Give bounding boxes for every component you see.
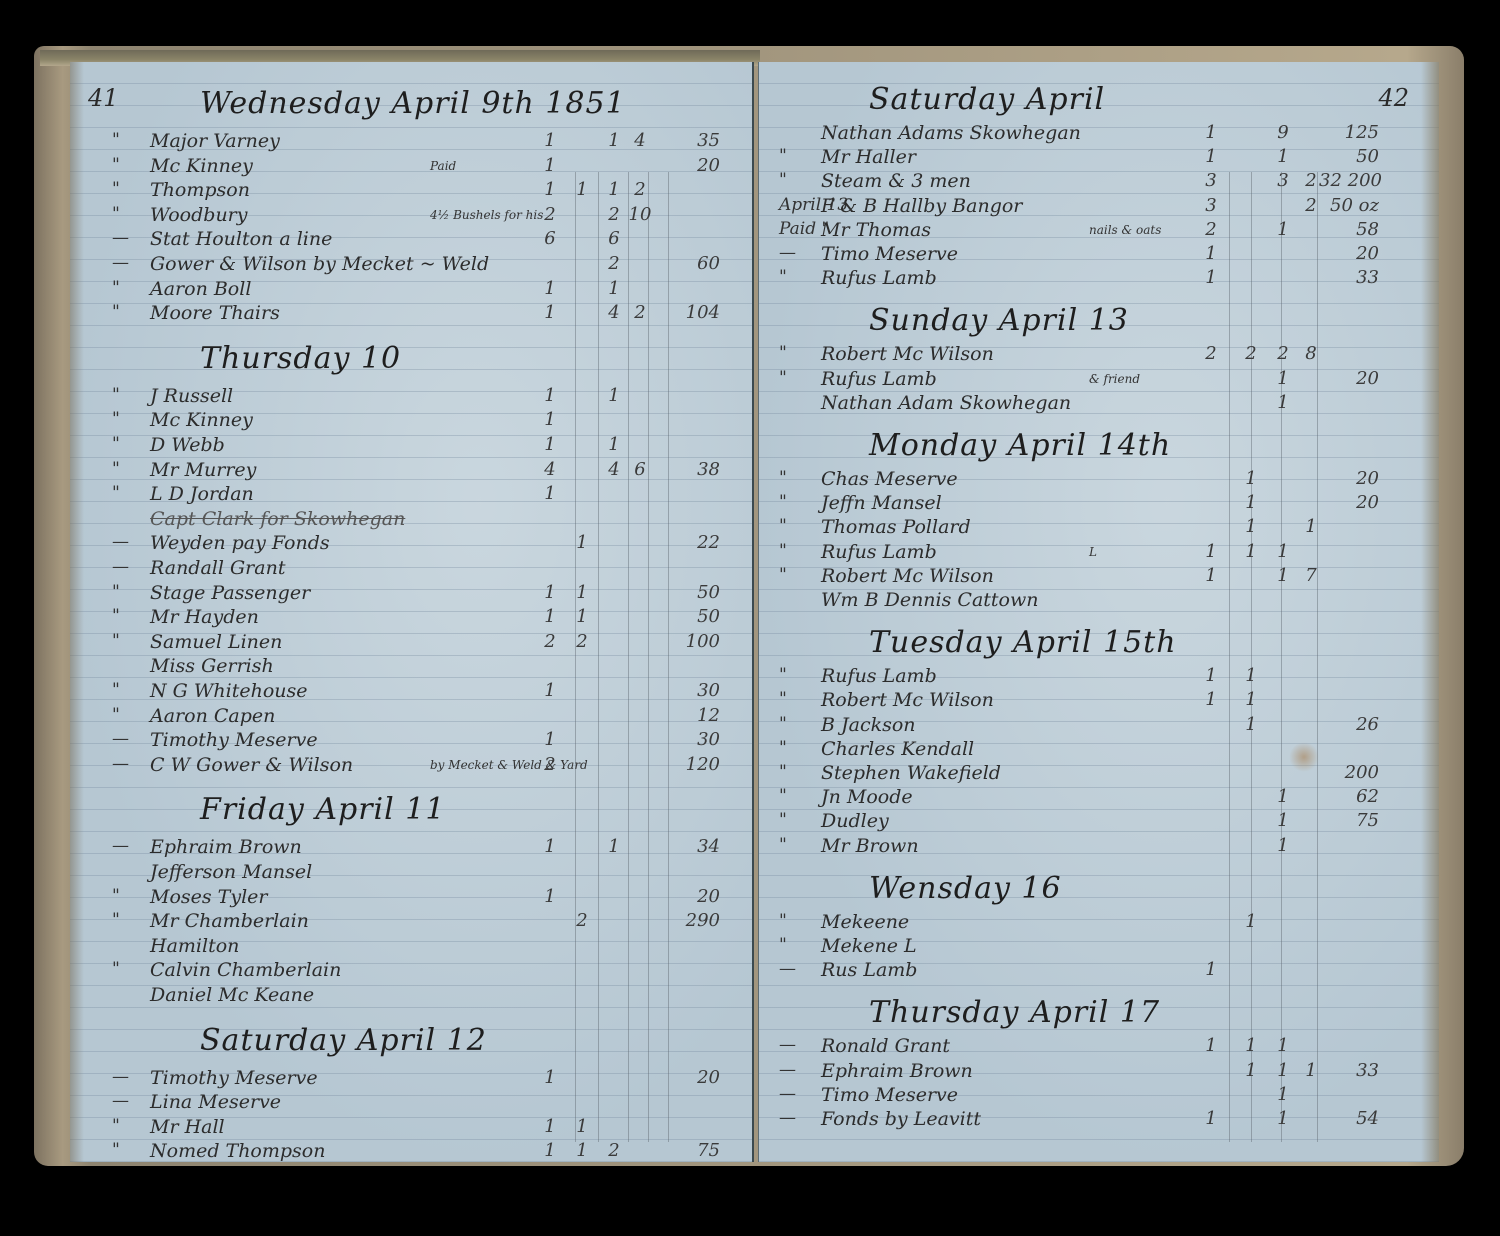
entry-mark: " (112, 130, 120, 150)
tally-col-3: 1 (1271, 1035, 1295, 1056)
entry-mark: " (779, 911, 787, 931)
customer-name: Samuel Linen (150, 631, 282, 653)
tally-col-3: 1 (602, 434, 626, 455)
ledger-entry: "Steam & 3 men33232 200 (759, 170, 1439, 196)
customer-name: Daniel Mc Keane (150, 984, 314, 1006)
ledger-entry: "Jn Moode162 (759, 786, 1439, 812)
ledger-entry: "Mr Chamberlain2290 (70, 910, 752, 936)
customer-name: Major Varney (150, 130, 280, 152)
customer-name: Charles Kendall (821, 738, 974, 760)
entry-mark: " (779, 516, 787, 536)
amount: 20 (1319, 243, 1379, 264)
entry-mark: " (112, 1140, 120, 1160)
date-heading: Monday April 14th (869, 428, 1171, 463)
tally-col-3: 1 (602, 836, 626, 857)
tally-col-1: 2 (1199, 343, 1223, 364)
entry-mark: " (112, 483, 120, 503)
customer-name: Ephraim Brown (821, 1060, 973, 1082)
entry-mark: — (112, 557, 129, 577)
date-heading: Saturday April (869, 82, 1105, 117)
entry-mark: — (112, 253, 129, 273)
ledger-entry: —Ronald Grant111 (759, 1035, 1439, 1061)
entry-note: 4½ Bushels for his (430, 208, 543, 222)
entry-note: Paid (430, 159, 456, 173)
ledger-entry: "Mekeene1 (759, 911, 1439, 937)
entry-mark: " (779, 492, 787, 512)
date-heading: Sunday April 13 (869, 303, 1129, 338)
customer-name: Mc Kinney (150, 409, 253, 431)
entry-mark: " (779, 468, 787, 488)
ledger-entry: —Fonds by Leavitt1154 (759, 1108, 1439, 1134)
tally-col-1: 3 (1199, 170, 1223, 191)
tally-col-2: 1 (1239, 714, 1263, 735)
customer-name: B Jackson (821, 714, 916, 736)
amount: 20 (660, 886, 720, 907)
column-rule (1317, 172, 1318, 1142)
entry-mark: " (779, 267, 787, 287)
customer-name: N G Whitehouse (150, 680, 308, 702)
entry-mark: — (779, 959, 796, 979)
tally-col-2: 1 (570, 606, 594, 627)
amount: 75 (1319, 810, 1379, 831)
customer-name: Mr Brown (821, 835, 919, 857)
entry-mark: " (779, 565, 787, 585)
entry-mark: — (779, 1084, 796, 1104)
ledger-entry: "Robert Mc Wilson11 (759, 689, 1439, 715)
tally-col-1: 1 (538, 886, 562, 907)
tally-col-3: 1 (1271, 541, 1295, 562)
tally-col-2: 2 (570, 910, 594, 931)
ledger-entry: —C W Gower & Wilsonby Mecket & Weld & Ya… (70, 754, 752, 780)
tally-col-2: 2 (570, 631, 594, 652)
tally-col-2: 1 (1239, 1035, 1263, 1056)
customer-name: Mr Thomas (821, 219, 931, 241)
tally-col-3: 1 (1271, 1084, 1295, 1105)
customer-name: Mr Chamberlain (150, 910, 309, 932)
ledger-entry: "Mr Hall11 (70, 1116, 752, 1142)
date-heading: Saturday April 12 (200, 1023, 487, 1058)
page-number: 42 (1378, 84, 1409, 112)
ledger-entry: "Moore Thairs142104 (70, 302, 752, 328)
entry-mark: " (112, 582, 120, 602)
entry-mark: " (112, 705, 120, 725)
customer-name: Aaron Boll (150, 278, 251, 300)
tally-col-1: 2 (1199, 219, 1223, 240)
customer-name: Jeffn Mansel (821, 492, 942, 514)
customer-name: F & B Hallby Bangor (821, 195, 1022, 217)
ledger-entry: "B Jackson126 (759, 714, 1439, 740)
tally-col-3: 4 (602, 459, 626, 480)
ledger-entry: "Stage Passenger1150 (70, 582, 752, 608)
customer-name: Wm B Dennis Cattown (821, 589, 1038, 611)
customer-name: Ephraim Brown (150, 836, 302, 858)
tally-col-4: 4 (628, 130, 652, 151)
entry-mark: " (779, 786, 787, 806)
tally-col-1: 1 (1199, 243, 1223, 264)
customer-name: Ronald Grant (821, 1035, 950, 1057)
tally-col-4: 6 (628, 459, 652, 480)
customer-name: Nathan Adam Skowhegan (821, 392, 1071, 414)
tally-col-3: 1 (1271, 810, 1295, 831)
page-number: 41 (88, 84, 119, 112)
customer-name: D Webb (150, 434, 225, 456)
tally-col-4: 7 (1299, 565, 1323, 586)
customer-name: Nomed Thompson (150, 1140, 325, 1162)
entry-mark: " (779, 810, 787, 830)
tally-col-3: 2 (602, 204, 626, 225)
ledger-entry: "Jeffn Mansel120 (759, 492, 1439, 518)
customer-name: Jefferson Mansel (150, 861, 312, 883)
tally-col-2: 1 (1239, 516, 1263, 537)
amount: 20 (1319, 468, 1379, 489)
entry-mark: " (779, 714, 787, 734)
tally-col-1: 1 (538, 434, 562, 455)
customer-name: Hamilton (150, 935, 239, 957)
amount: 34 (660, 836, 720, 857)
amount: 38 (660, 459, 720, 480)
ledger-entry: "Calvin Chamberlain (70, 959, 752, 985)
tally-col-1: 1 (538, 483, 562, 504)
amount: 54 (1319, 1108, 1379, 1129)
date-heading: Tuesday April 15th (869, 625, 1177, 660)
tally-col-1: 1 (538, 179, 562, 200)
entry-mark: " (112, 959, 120, 979)
ledger-entry: Miss Gerrish (70, 655, 752, 681)
ledger-entry: "Dudley175 (759, 810, 1439, 836)
customer-name: Rufus Lamb (821, 541, 937, 563)
amount: 20 (660, 1067, 720, 1088)
customer-name: Rufus Lamb (821, 267, 937, 289)
entry-mark: " (779, 665, 787, 685)
tally-col-3: 1 (1271, 392, 1295, 413)
tally-col-1: 3 (1199, 195, 1223, 216)
entry-mark: " (779, 146, 787, 166)
ledger-entry: Daniel Mc Keane (70, 984, 752, 1010)
ledger-entry: "Mr Hayden1150 (70, 606, 752, 632)
customer-name: Mr Murrey (150, 459, 256, 481)
customer-name: Rus Lamb (821, 959, 917, 981)
tally-col-3: 1 (602, 179, 626, 200)
tally-col-1: 1 (538, 278, 562, 299)
customer-name: Lina Meserve (150, 1091, 281, 1113)
tally-col-3: 1 (1271, 1060, 1295, 1081)
customer-name: Timothy Meserve (150, 1067, 318, 1089)
entry-mark: — (779, 243, 796, 263)
ledger-entry: "J Russell11 (70, 385, 752, 411)
tally-col-3: 2 (602, 253, 626, 274)
ledger-entry: "Rufus Lamb133 (759, 267, 1439, 293)
ledger-entry: "Woodbury4½ Bushels for his2210 (70, 204, 752, 230)
customer-name: Stephen Wakefield (821, 762, 1001, 784)
ledger-entry: —Lina Meserve (70, 1091, 752, 1117)
ledger-entry: Capt Clark for Skowhegan (70, 508, 752, 534)
tally-col-1: 1 (1199, 267, 1223, 288)
tally-col-2: 1 (570, 179, 594, 200)
customer-name: Mr Haller (821, 146, 916, 168)
customer-name: Woodbury (150, 204, 248, 226)
entry-mark: — (112, 729, 129, 749)
date-heading: Friday April 11 (200, 792, 445, 827)
customer-name: Stage Passenger (150, 582, 310, 604)
amount: 32 200 (1319, 170, 1379, 191)
tally-col-3: 2 (602, 1140, 626, 1161)
entry-mark: " (112, 434, 120, 454)
amount: 120 (660, 754, 720, 775)
customer-name: Weyden pay Fonds (150, 532, 330, 554)
ledger-entry: "D Webb11 (70, 434, 752, 460)
tally-col-1: 1 (1199, 146, 1223, 167)
ledger-entry: —Timo Meserve120 (759, 243, 1439, 269)
tally-col-2: 1 (570, 1116, 594, 1137)
entry-mark: " (112, 680, 120, 700)
tally-col-2: 1 (1239, 492, 1263, 513)
amount: 104 (660, 302, 720, 323)
tally-col-1: 1 (538, 155, 562, 176)
entry-mark: " (112, 886, 120, 906)
customer-name: Robert Mc Wilson (821, 689, 994, 711)
entry-mark: " (779, 835, 787, 855)
ledger-entry: —Timothy Meserve130 (70, 729, 752, 755)
amount: 22 (660, 532, 720, 553)
column-rule (1251, 172, 1252, 1142)
customer-name: Timo Meserve (821, 243, 958, 265)
entry-mark: — (779, 1108, 796, 1128)
customer-name: Thomas Pollard (821, 516, 971, 538)
customer-name: Gower & Wilson by Mecket ~ Weld (150, 253, 489, 275)
ledger-entry: "Chas Meserve120 (759, 468, 1439, 494)
ledger-entry: —Timo Meserve1 (759, 1084, 1439, 1110)
amount: 35 (660, 130, 720, 151)
entry-mark: " (112, 385, 120, 405)
tally-col-3: 1 (602, 278, 626, 299)
tally-col-2: 1 (1239, 541, 1263, 562)
ledger-entry: Nathan Adam Skowhegan1 (759, 392, 1439, 418)
customer-name: Steam & 3 men (821, 170, 971, 192)
ledger-entry: Jefferson Mansel (70, 861, 752, 887)
tally-col-1: 1 (1199, 689, 1223, 710)
amount: 75 (660, 1140, 720, 1161)
tally-col-3: 1 (602, 385, 626, 406)
tally-col-1: 1 (538, 409, 562, 430)
tally-col-2: 1 (570, 582, 594, 603)
customer-name: Mc Kinney (150, 155, 253, 177)
customer-name: Moore Thairs (150, 302, 280, 324)
column-rule (1281, 172, 1282, 1142)
tally-col-1: 1 (1199, 1108, 1223, 1129)
customer-name: Timo Meserve (821, 1084, 958, 1106)
customer-name: Mr Hall (150, 1116, 225, 1138)
entry-mark: " (112, 1116, 120, 1136)
entry-mark: — (779, 1035, 796, 1055)
tally-col-1: 6 (538, 228, 562, 249)
amount: 30 (660, 680, 720, 701)
entry-mark: — (112, 228, 129, 248)
entry-mark: " (112, 606, 120, 626)
ledger-entry: Nathan Adams Skowhegan19125 (759, 122, 1439, 148)
entry-mark: " (112, 179, 120, 199)
tally-col-3: 4 (602, 302, 626, 323)
tally-col-1: 2 (538, 754, 562, 775)
tally-col-1: 1 (1199, 959, 1223, 980)
entry-mark: " (779, 762, 787, 782)
ledger-entry: —Ephraim Brown1134 (70, 836, 752, 862)
left-page: 41 Wednesday April 9th 1851"Major Varney… (70, 62, 754, 1162)
entry-mark: " (779, 170, 787, 190)
ledger-entry: "Mr Haller1150 (759, 146, 1439, 172)
entry-mark: " (112, 278, 120, 298)
customer-name: Aaron Capen (150, 705, 275, 727)
tally-col-1: 1 (1199, 665, 1223, 686)
amount: 100 (660, 631, 720, 652)
tally-col-2: 1 (1239, 689, 1263, 710)
tally-col-1: 1 (1199, 122, 1223, 143)
tally-col-1: 1 (538, 302, 562, 323)
tally-col-2: 1 (1239, 911, 1263, 932)
entry-mark: " (779, 541, 787, 561)
entry-mark: " (779, 935, 787, 955)
entry-mark: " (779, 343, 787, 363)
tally-col-1: 2 (538, 204, 562, 225)
tally-col-3: 1 (1271, 1108, 1295, 1129)
ledger-entry: —Rus Lamb1 (759, 959, 1439, 985)
amount: 20 (660, 155, 720, 176)
ledger-entry: "Mr Brown1 (759, 835, 1439, 861)
entry-note: & friend (1089, 372, 1140, 386)
customer-name: Calvin Chamberlain (150, 959, 341, 981)
tally-col-4: 2 (628, 302, 652, 323)
customer-name: Jn Moode (821, 786, 913, 808)
tally-col-1: 1 (1199, 541, 1223, 562)
amount: 50 oz (1319, 195, 1379, 216)
ledger-entry: —Randall Grant (70, 557, 752, 583)
customer-name: Rufus Lamb (821, 368, 937, 390)
entry-mark: " (112, 631, 120, 651)
amount: 20 (1319, 368, 1379, 389)
entry-mark: " (112, 459, 120, 479)
amount: 200 (1319, 762, 1379, 783)
amount: 50 (1319, 146, 1379, 167)
customer-name: Mekene L (821, 935, 917, 957)
ledger-entry: "Robert Mc Wilson117 (759, 565, 1439, 591)
ledger-entry: —Timothy Meserve120 (70, 1067, 752, 1093)
tally-col-1: 2 (538, 631, 562, 652)
tally-col-3: 6 (602, 228, 626, 249)
column-rule (1229, 172, 1230, 1142)
customer-name: J Russell (150, 385, 233, 407)
customer-name: Robert Mc Wilson (821, 343, 994, 365)
customer-name: Dudley (821, 810, 889, 832)
tally-col-3: 1 (1271, 219, 1295, 240)
customer-name: Timothy Meserve (150, 729, 318, 751)
tally-col-2: 1 (570, 532, 594, 553)
ledger-entry: "Charles Kendall (759, 738, 1439, 764)
entry-mark: " (112, 409, 120, 429)
ledger-entry: "Rufus Lamb& friend120 (759, 368, 1439, 394)
amount: 290 (660, 910, 720, 931)
tally-col-3: 9 (1271, 122, 1295, 143)
ledger-entry: "Mr Murrey44638 (70, 459, 752, 485)
tally-col-1: 1 (538, 1067, 562, 1088)
date-heading: Wensday 16 (869, 871, 1062, 906)
amount: 33 (1319, 267, 1379, 288)
entry-mark: " (112, 204, 120, 224)
customer-name: Mr Hayden (150, 606, 259, 628)
date-heading: Thursday April 17 (869, 995, 1160, 1030)
ledger-entry: "Rufus Lamb11 (759, 665, 1439, 691)
tally-col-1: 4 (538, 459, 562, 480)
customer-name: Fonds by Leavitt (821, 1108, 981, 1130)
tally-col-3: 1 (1271, 565, 1295, 586)
amount: 12 (660, 705, 720, 726)
entry-mark: " (112, 155, 120, 175)
ledger-entry: "Mc Kinney1 (70, 409, 752, 435)
tally-col-2: 2 (1239, 343, 1263, 364)
tally-col-1: 1 (538, 1140, 562, 1161)
tally-col-2: 1 (570, 1140, 594, 1161)
customer-name: Miss Gerrish (150, 655, 274, 677)
ledger-entry: "N G Whitehouse130 (70, 680, 752, 706)
tally-col-2: 1 (1239, 1060, 1263, 1081)
ledger-entry: "Moses Tyler120 (70, 886, 752, 912)
customer-name: Stat Houlton a line (150, 228, 332, 250)
tally-col-4: 8 (1299, 343, 1323, 364)
tally-col-1: 1 (538, 836, 562, 857)
amount: 20 (1319, 492, 1379, 513)
tally-col-3: 3 (1271, 170, 1295, 191)
entry-note: L (1089, 545, 1097, 559)
ledger-entry: "Aaron Capen12 (70, 705, 752, 731)
tally-col-3: 1 (1271, 786, 1295, 807)
ledger-entry: —Gower & Wilson by Mecket ~ Weld260 (70, 253, 752, 279)
ledger-entry: "Robert Mc Wilson2228 (759, 343, 1439, 369)
ledger-entry: "Rufus LambL111 (759, 541, 1439, 567)
amount: 62 (1319, 786, 1379, 807)
ledger-entry: —Stat Houlton a line66 (70, 228, 752, 254)
ledger-entry: "Thompson1112 (70, 179, 752, 205)
tally-col-1: 1 (538, 729, 562, 750)
entry-mark: " (779, 738, 787, 758)
customer-name: Nathan Adams Skowhegan (821, 122, 1081, 144)
entry-mark: — (112, 532, 129, 552)
ledger-entry: Paid "Mr Thomasnails & oats2158 (759, 219, 1439, 245)
entry-mark: — (779, 1060, 796, 1080)
tally-col-1: 1 (1199, 1035, 1223, 1056)
customer-name: Rufus Lamb (821, 665, 937, 687)
customer-name: Capt Clark for Skowhegan (150, 508, 405, 530)
entry-mark: " (112, 910, 120, 930)
customer-name: Randall Grant (150, 557, 285, 579)
customer-name: Robert Mc Wilson (821, 565, 994, 587)
amount: 58 (1319, 219, 1379, 240)
amount: 30 (660, 729, 720, 750)
amount: 26 (1319, 714, 1379, 735)
tally-col-1: 1 (538, 606, 562, 627)
tally-col-3: 1 (1271, 368, 1295, 389)
customer-name: Thompson (150, 179, 250, 201)
entry-mark: — (112, 836, 129, 856)
entry-mark: — (112, 754, 129, 774)
ledger-entry: "Mc KinneyPaid120 (70, 155, 752, 181)
tally-col-1: 1 (538, 1116, 562, 1137)
ledger-entry: "Thomas Pollard11 (759, 516, 1439, 542)
customer-name: L D Jordan (150, 483, 254, 505)
tally-col-4: 2 (628, 179, 652, 200)
tally-col-4: 10 (628, 204, 652, 225)
tally-col-3: 1 (602, 130, 626, 151)
ledger-entry: "L D Jordan1 (70, 483, 752, 509)
tally-col-3: 2 (1271, 343, 1295, 364)
right-page: 42 Saturday AprilNathan Adams Skowhegan1… (758, 62, 1439, 1162)
